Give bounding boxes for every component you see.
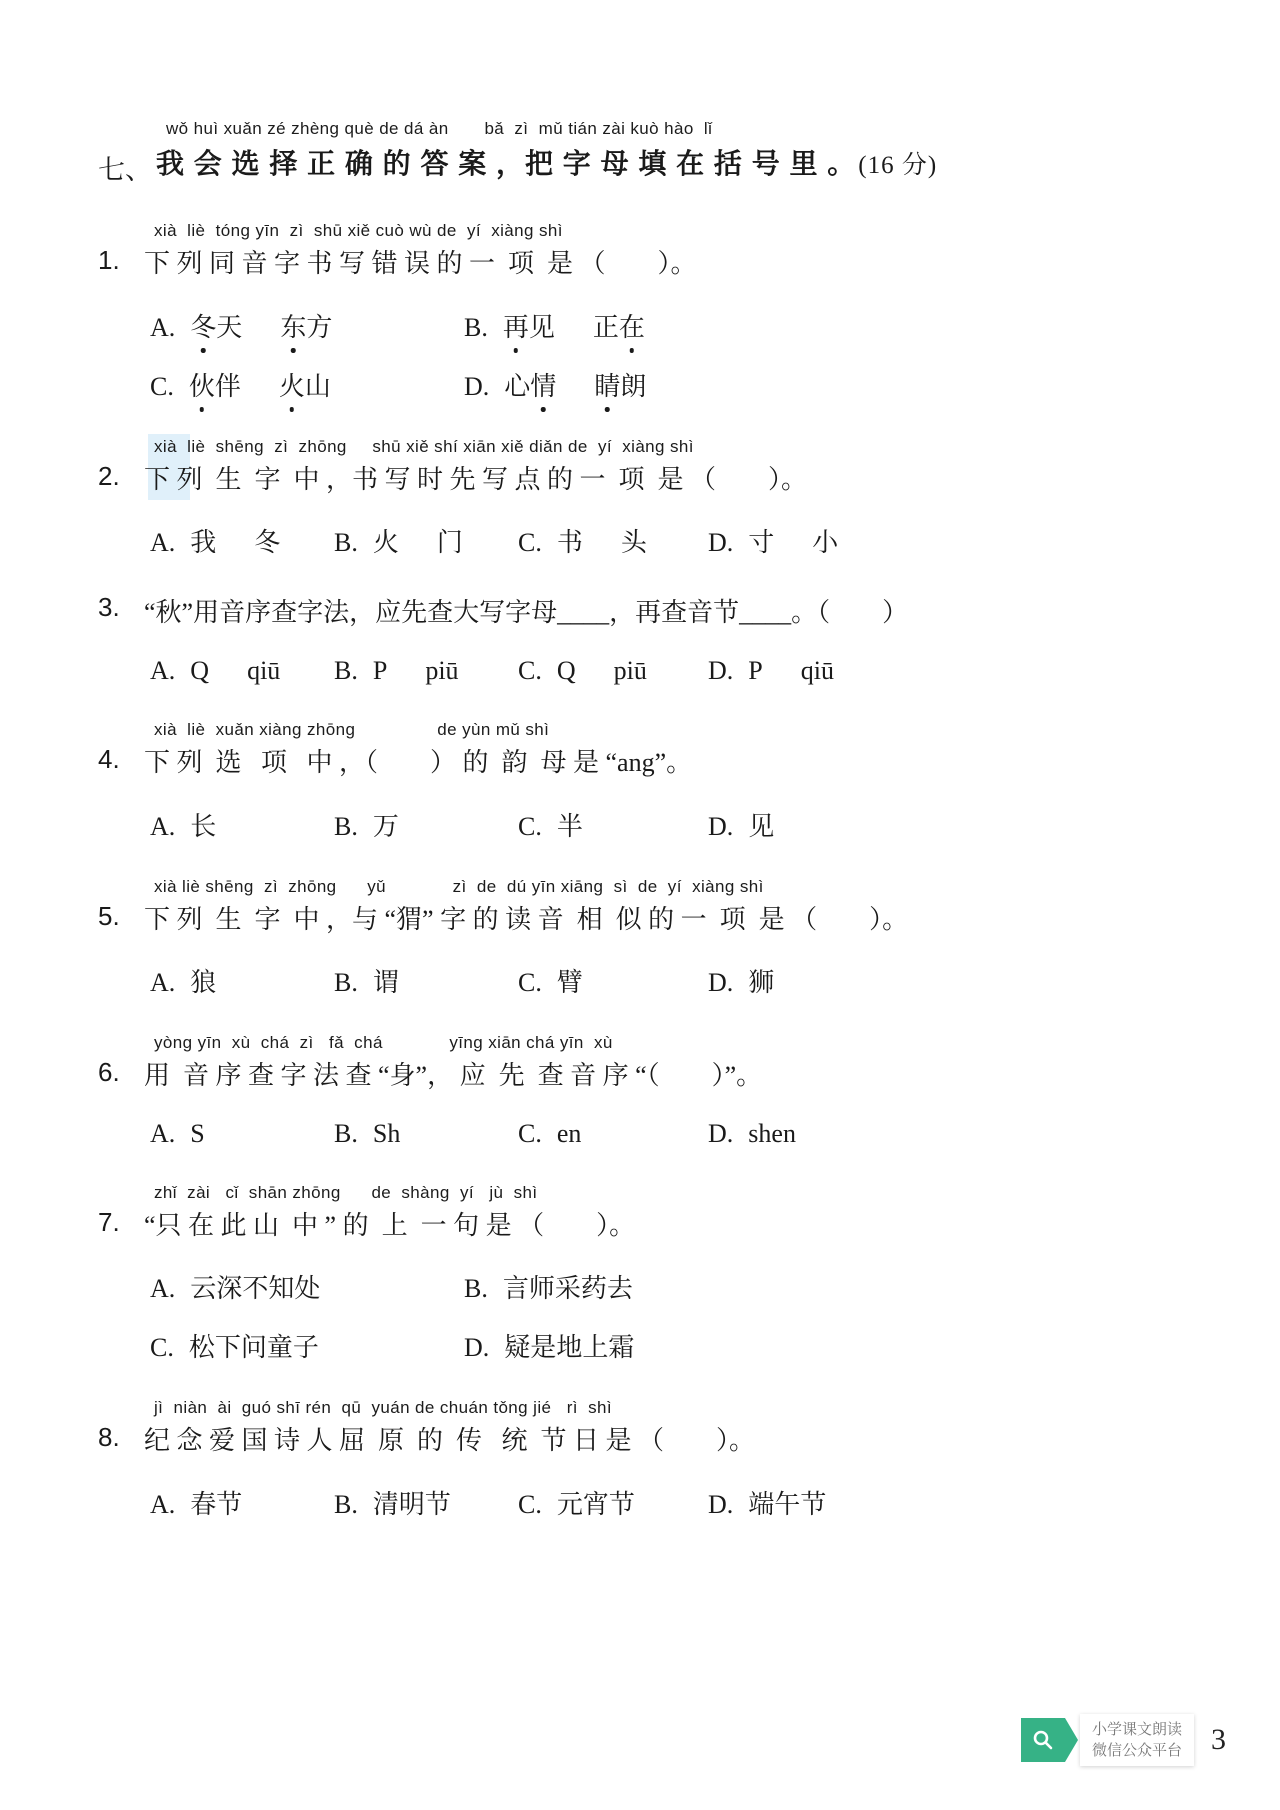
section-number: 七、 xyxy=(98,148,156,187)
option-char: 火 xyxy=(279,366,305,403)
option-word: Q xyxy=(190,656,209,686)
option-char: 药 xyxy=(581,1274,607,1303)
option-word: 元宵节 xyxy=(557,1484,635,1521)
option-label: D. xyxy=(464,1333,489,1362)
option-D: D.见 xyxy=(708,806,1200,843)
option-char: Q xyxy=(190,656,209,685)
option-char: ū xyxy=(634,656,647,685)
pinyin-line: yòng yīn xù chá zì fǎ chá yīng xiān chá … xyxy=(154,1032,1200,1055)
option-label: A. xyxy=(150,968,175,997)
option-char: ū xyxy=(267,656,280,685)
option-char: 采 xyxy=(555,1274,581,1303)
question-text: 下 列 生 字 中 ，与 “猬” 字 的 读 音 相 似 的 一 项 是 （ ）… xyxy=(144,901,1200,939)
options: A.春节B.清明节C.元宵节D.端午节 xyxy=(150,1484,1200,1521)
option-char: S xyxy=(190,1119,204,1148)
question-8: 8.jì niàn ài guó shī rén qū yuán de chuá… xyxy=(98,1397,1200,1521)
option-char: 节 xyxy=(800,1490,826,1519)
question-body: xià liè shēng zì zhōng shū xiě shí xiān … xyxy=(144,436,1200,560)
option-char: 处 xyxy=(294,1274,320,1303)
question-number: 3. xyxy=(98,592,144,686)
option-char: 冬 xyxy=(190,307,216,344)
option-word: Sh xyxy=(373,1119,400,1149)
option-word: piū xyxy=(425,656,458,686)
option-word: qiū xyxy=(247,656,280,686)
option-C: C.书头 xyxy=(518,522,708,559)
question-number: 7. xyxy=(98,1182,144,1365)
option-C: C.松下问童子 xyxy=(150,1327,464,1364)
option-D: D.Pqiū xyxy=(708,656,1200,686)
question-body: xià liè xuǎn xiàng zhōng de yùn mǔ shì下 … xyxy=(144,719,1200,843)
option-A: A.冬天东方 xyxy=(150,307,464,344)
option-word: 谓 xyxy=(373,962,399,999)
options: A.我冬B.火门C.书头D.寸小 xyxy=(150,522,1200,559)
option-label: D. xyxy=(708,812,733,841)
option-A: A.Qqiū xyxy=(150,656,334,686)
option-A: A.我冬 xyxy=(150,522,334,559)
pinyin-line: xià liè shēng zì zhōng shū xiě shí xiān … xyxy=(154,436,1200,459)
question-text: “秋”用音序查字法，应先查大写字母____，再查音节____。（ ） xyxy=(144,594,1200,632)
option-word: shen xyxy=(748,1119,796,1149)
option-char: 问 xyxy=(241,1333,267,1362)
option-label: C. xyxy=(518,968,542,997)
option-char: 方 xyxy=(306,313,332,342)
options: A.云深不知处B.言师采药去C.松下问童子D.疑是地上霜 xyxy=(150,1268,1200,1364)
option-word: 狼 xyxy=(190,962,216,999)
question-4: 4.xià liè xuǎn xiàng zhōng de yùn mǔ shì… xyxy=(98,719,1200,843)
option-char: 节 xyxy=(425,1490,451,1519)
option-char: e xyxy=(771,1119,783,1148)
question-number: 1. xyxy=(98,220,144,403)
option-char: 深 xyxy=(216,1274,242,1303)
option-word: 正在 xyxy=(593,307,645,344)
option-char: 在 xyxy=(619,307,645,344)
option-label: A. xyxy=(150,1274,175,1303)
option-char: 万 xyxy=(373,812,399,841)
options: A.狼B.谓C.臂D.狮 xyxy=(150,962,1200,999)
option-word: P xyxy=(748,656,762,686)
option-char: 再 xyxy=(503,307,529,344)
option-char: 书 xyxy=(557,528,583,557)
option-char: p xyxy=(614,656,627,685)
questions: 1.xià liè tóng yīn zì shū xiě cuò wù de … xyxy=(98,220,1200,1521)
options: A.SB.ShC.enD.shen xyxy=(150,1119,1200,1149)
option-A: A.春节 xyxy=(150,1484,334,1521)
question-body: “秋”用音序查字法，应先查大写字母____，再查音节____。（ ）A.Qqiū… xyxy=(144,592,1200,686)
option-char: 不 xyxy=(242,1274,268,1303)
option-B: B.清明节 xyxy=(334,1484,518,1521)
question-number: 4. xyxy=(98,719,144,843)
option-char: Q xyxy=(557,656,576,685)
option-C: C.Qpiū xyxy=(518,656,708,686)
option-label: B. xyxy=(334,1119,358,1148)
option-label: D. xyxy=(708,656,733,685)
option-char: s xyxy=(748,1119,758,1148)
section-header: 七、 wǒ huì xuǎn zé zhèng què de dá àn bǎ … xyxy=(98,118,1200,187)
question-1: 1.xià liè tóng yīn zì shū xiě cuò wù de … xyxy=(98,220,1200,403)
option-label: C. xyxy=(518,812,542,841)
option-label: C. xyxy=(150,372,174,401)
option-char: 疑 xyxy=(504,1333,530,1362)
option-label: B. xyxy=(464,1274,488,1303)
option-char: 伴 xyxy=(215,372,241,401)
option-word: 云深不知处 xyxy=(190,1268,320,1305)
pinyin-line: zhǐ zài cǐ shān zhōng de shàng yí jù shì xyxy=(154,1182,1200,1205)
option-B: B.Sh xyxy=(334,1119,518,1149)
options: A.长B.万C.半D.见 xyxy=(150,806,1200,843)
option-A: A.长 xyxy=(150,806,334,843)
option-char: 门 xyxy=(437,528,463,557)
question-2: 2.xià liè shēng zì zhōng shū xiě shí xiā… xyxy=(98,436,1200,560)
option-label: D. xyxy=(708,1490,733,1519)
option-word: 言师采药去 xyxy=(503,1268,633,1305)
option-word: 清明节 xyxy=(373,1484,451,1521)
option-word: 冬 xyxy=(254,522,280,559)
option-char: 狮 xyxy=(748,968,774,997)
option-char: 云 xyxy=(190,1274,216,1303)
option-C: C.伙伴火山 xyxy=(150,366,464,403)
section-title-line: 我 会 选 择 正 确 的 答 案 ，把 字 母 填 在 括 号 里 。(16 … xyxy=(156,142,1200,182)
option-word: 端午节 xyxy=(748,1484,826,1521)
option-char: i xyxy=(814,656,821,685)
option-A: A.云深不知处 xyxy=(150,1268,464,1305)
option-char: 臂 xyxy=(557,968,583,997)
option-char: 天 xyxy=(216,313,242,342)
option-char: n xyxy=(568,1119,581,1148)
option-char: ū xyxy=(821,656,834,685)
options: A.QqiūB.PpiūC.QpiūD.Pqiū xyxy=(150,656,1200,686)
option-char: 小 xyxy=(812,528,838,557)
option-word: 再见 xyxy=(503,307,555,344)
option-label: A. xyxy=(150,1490,175,1519)
option-char: 心 xyxy=(504,372,530,401)
option-label: C. xyxy=(150,1333,174,1362)
question-text: “只 在 此 山 中 ” 的 上 一 句 是 （ ）。 xyxy=(144,1207,1200,1245)
option-char: 清 xyxy=(373,1490,399,1519)
option-char: 半 xyxy=(557,812,583,841)
option-char: 正 xyxy=(593,313,619,342)
option-char: S xyxy=(373,1119,387,1148)
brand-line2: 微信公众平台 xyxy=(1092,1740,1182,1761)
option-char: 是 xyxy=(530,1333,556,1362)
option-char: 寸 xyxy=(748,528,774,557)
option-char: 下 xyxy=(215,1333,241,1362)
option-char: 狼 xyxy=(190,968,216,997)
option-word: 松下问童子 xyxy=(189,1327,319,1364)
option-word: 臂 xyxy=(557,962,583,999)
option-word: 睛朗 xyxy=(594,366,646,403)
search-icon xyxy=(1031,1728,1055,1752)
option-label: B. xyxy=(334,1490,358,1519)
pinyin-line: jì niàn ài guó shī rén qū yuán de chuán … xyxy=(154,1397,1200,1420)
option-label: A. xyxy=(150,812,175,841)
worksheet-page: 七、 wǒ huì xuǎn zé zhèng què de dá àn bǎ … xyxy=(0,0,1280,1810)
option-char: n xyxy=(783,1119,796,1148)
pinyin-line: xià liè shēng zì zhōng yǔ zì de dú yīn x… xyxy=(154,876,1200,899)
option-char: 火 xyxy=(373,528,399,557)
option-char: 朗 xyxy=(620,372,646,401)
option-word: 万 xyxy=(373,806,399,843)
question-body: xià liè shēng zì zhōng yǔ zì de dú yīn x… xyxy=(144,876,1200,1000)
option-word: 火山 xyxy=(279,366,331,403)
option-word: 疑是地上霜 xyxy=(504,1327,634,1364)
option-word: 半 xyxy=(557,806,583,843)
question-text: 下 列 选 项 中 ，（ ） 的 韵 母 是 “ang”。 xyxy=(144,744,1200,782)
option-label: B. xyxy=(464,313,488,342)
question-number: 5. xyxy=(98,876,144,1000)
option-word: 头 xyxy=(621,522,647,559)
option-char: 长 xyxy=(190,812,216,841)
question-text: 下 列 生 字 中 ，书 写 时 先 写 点 的 一 项 是 （ ）。 xyxy=(144,461,1200,499)
option-char: 情 xyxy=(530,366,556,403)
option-char: 山 xyxy=(305,372,331,401)
option-word: S xyxy=(190,1119,204,1149)
option-label: A. xyxy=(150,1119,175,1148)
option-word: Q xyxy=(557,656,576,686)
option-D: D.狮 xyxy=(708,962,1200,999)
option-word: piū xyxy=(614,656,647,686)
question-text: 下 列 同 音 字 书 写 错 误 的 一 项 是 （ ）。 xyxy=(144,245,1200,283)
option-label: A. xyxy=(150,528,175,557)
option-char: 霜 xyxy=(608,1333,634,1362)
option-char: 见 xyxy=(529,313,555,342)
option-char: p xyxy=(425,656,438,685)
option-char: 见 xyxy=(748,812,774,841)
option-char: h xyxy=(387,1119,400,1148)
page-number: 3 xyxy=(1211,1723,1226,1757)
option-label: D. xyxy=(708,1119,733,1148)
option-C: C.臂 xyxy=(518,962,708,999)
option-word: 我 xyxy=(190,522,216,559)
option-label: B. xyxy=(334,528,358,557)
option-B: B.Ppiū xyxy=(334,656,518,686)
option-word: 门 xyxy=(437,522,463,559)
option-word: 狮 xyxy=(748,962,774,999)
brand-label: 小学课文朗读 微信公众平台 xyxy=(1080,1714,1194,1766)
option-label: D. xyxy=(464,372,489,401)
option-label: C. xyxy=(518,528,542,557)
option-word: 心情 xyxy=(504,366,556,403)
option-char: 春 xyxy=(190,1490,216,1519)
option-C: C.en xyxy=(518,1119,708,1149)
option-B: B.再见正在 xyxy=(464,307,1200,344)
pinyin-line: xià liè tóng yīn zì shū xiě cuò wù de yí… xyxy=(154,220,1200,243)
option-char: 节 xyxy=(609,1490,635,1519)
option-char: 节 xyxy=(216,1490,242,1519)
option-word: 冬天 xyxy=(190,307,242,344)
option-label: C. xyxy=(518,656,542,685)
section-pinyin: wǒ huì xuǎn zé zhèng què de dá àn bǎ zì … xyxy=(166,118,1200,141)
section-header-body: wǒ huì xuǎn zé zhèng què de dá àn bǎ zì … xyxy=(156,118,1200,182)
question-7: 7.zhǐ zài cǐ shān zhōng de shàng yí jù s… xyxy=(98,1182,1200,1365)
option-word: 书 xyxy=(557,522,583,559)
option-char: 头 xyxy=(621,528,647,557)
question-body: yòng yīn xù chá zì fǎ chá yīng xiān chá … xyxy=(144,1032,1200,1149)
option-char: 端 xyxy=(748,1490,774,1519)
option-char: q xyxy=(801,656,814,685)
option-word: 长 xyxy=(190,806,216,843)
question-body: zhǐ zài cǐ shān zhōng de shàng yí jù shì… xyxy=(144,1182,1200,1365)
option-word: P xyxy=(373,656,387,686)
question-body: jì niàn ài guó shī rén qū yuán de chuán … xyxy=(144,1397,1200,1521)
option-C: C.元宵节 xyxy=(518,1484,708,1521)
option-word: 春节 xyxy=(190,1484,242,1521)
options: A.冬天东方B.再见正在C.伙伴火山D.心情睛朗 xyxy=(150,307,1200,403)
option-B: B.谓 xyxy=(334,962,518,999)
section-score: (16 分) xyxy=(858,152,937,179)
option-char: 睛 xyxy=(594,366,620,403)
option-D: D.shen xyxy=(708,1119,1200,1149)
option-char: 松 xyxy=(189,1333,215,1362)
option-C: C.半 xyxy=(518,806,708,843)
option-char: 我 xyxy=(190,528,216,557)
option-char: 童 xyxy=(267,1333,293,1362)
option-word: 伙伴 xyxy=(189,366,241,403)
question-text: 纪 念 爱 国 诗 人 屈 原 的 传 统 节 日 是 （ ）。 xyxy=(144,1422,1200,1460)
option-char: i xyxy=(438,656,445,685)
option-char: 午 xyxy=(774,1490,800,1519)
option-A: A.S xyxy=(150,1119,334,1149)
option-label: A. xyxy=(150,313,175,342)
option-char: 宵 xyxy=(583,1490,609,1519)
question-number: 8. xyxy=(98,1397,144,1521)
option-word: 东方 xyxy=(280,307,332,344)
option-label: B. xyxy=(334,812,358,841)
option-char: ū xyxy=(446,656,459,685)
option-char: 东 xyxy=(280,307,306,344)
option-char: e xyxy=(557,1119,569,1148)
option-word: qiū xyxy=(801,656,834,686)
option-char: P xyxy=(748,656,762,685)
question-number: 2. xyxy=(98,436,144,560)
option-D: D.疑是地上霜 xyxy=(464,1327,1200,1364)
option-label: D. xyxy=(708,528,733,557)
worksheet-content: 七、 wǒ huì xuǎn zé zhèng què de dá àn bǎ … xyxy=(0,0,1280,1521)
option-label: A. xyxy=(150,656,175,685)
question-6: 6.yòng yīn xù chá zì fǎ chá yīng xiān ch… xyxy=(98,1032,1200,1149)
option-char: 子 xyxy=(293,1333,319,1362)
question-3: 3.“秋”用音序查字法，应先查大写字母____，再查音节____。（ ）A.Qq… xyxy=(98,592,1200,686)
option-D: D.寸小 xyxy=(708,522,1200,559)
option-char: 明 xyxy=(399,1490,425,1519)
option-char: 元 xyxy=(557,1490,583,1519)
page-footer: 小学课文朗读 微信公众平台 3 xyxy=(1021,1714,1226,1766)
option-D: D.端午节 xyxy=(708,1484,1200,1521)
option-word: 小 xyxy=(812,522,838,559)
option-D: D.心情睛朗 xyxy=(464,366,1200,403)
option-label: B. xyxy=(334,656,358,685)
option-char: 上 xyxy=(582,1333,608,1362)
option-word: 寸 xyxy=(748,522,774,559)
option-char: 知 xyxy=(268,1274,294,1303)
brand-line1: 小学课文朗读 xyxy=(1092,1719,1182,1740)
option-label: C. xyxy=(518,1119,542,1148)
question-5: 5.xià liè shēng zì zhōng yǔ zì de dú yīn… xyxy=(98,876,1200,1000)
option-B: B.火门 xyxy=(334,522,518,559)
option-word: en xyxy=(557,1119,582,1149)
option-B: B.万 xyxy=(334,806,518,843)
option-char: 去 xyxy=(607,1274,633,1303)
option-char: q xyxy=(247,656,260,685)
option-char: h xyxy=(758,1119,771,1148)
option-label: C. xyxy=(518,1490,542,1519)
option-word: 火 xyxy=(373,522,399,559)
section-title: 我 会 选 择 正 确 的 答 案 ，把 字 母 填 在 括 号 里 。 xyxy=(156,148,856,179)
option-char: i xyxy=(627,656,634,685)
option-char: P xyxy=(373,656,387,685)
option-char: 言 xyxy=(503,1274,529,1303)
question-body: xià liè tóng yīn zì shū xiě cuò wù de yí… xyxy=(144,220,1200,403)
pinyin-line: xià liè xuǎn xiàng zhōng de yùn mǔ shì xyxy=(154,719,1200,742)
brand-badge xyxy=(1021,1718,1065,1762)
question-text: 用 音 序 查 字 法 查 “身”， 应 先 查 音 序 “（ ）”。 xyxy=(144,1057,1200,1095)
option-char: 伙 xyxy=(189,366,215,403)
option-char: 地 xyxy=(556,1333,582,1362)
option-B: B.言师采药去 xyxy=(464,1268,1200,1305)
option-char: 师 xyxy=(529,1274,555,1303)
option-A: A.狼 xyxy=(150,962,334,999)
option-label: B. xyxy=(334,968,358,997)
option-char: 谓 xyxy=(373,968,399,997)
option-char: 冬 xyxy=(254,528,280,557)
option-word: 见 xyxy=(748,806,774,843)
option-label: D. xyxy=(708,968,733,997)
question-number: 6. xyxy=(98,1032,144,1149)
